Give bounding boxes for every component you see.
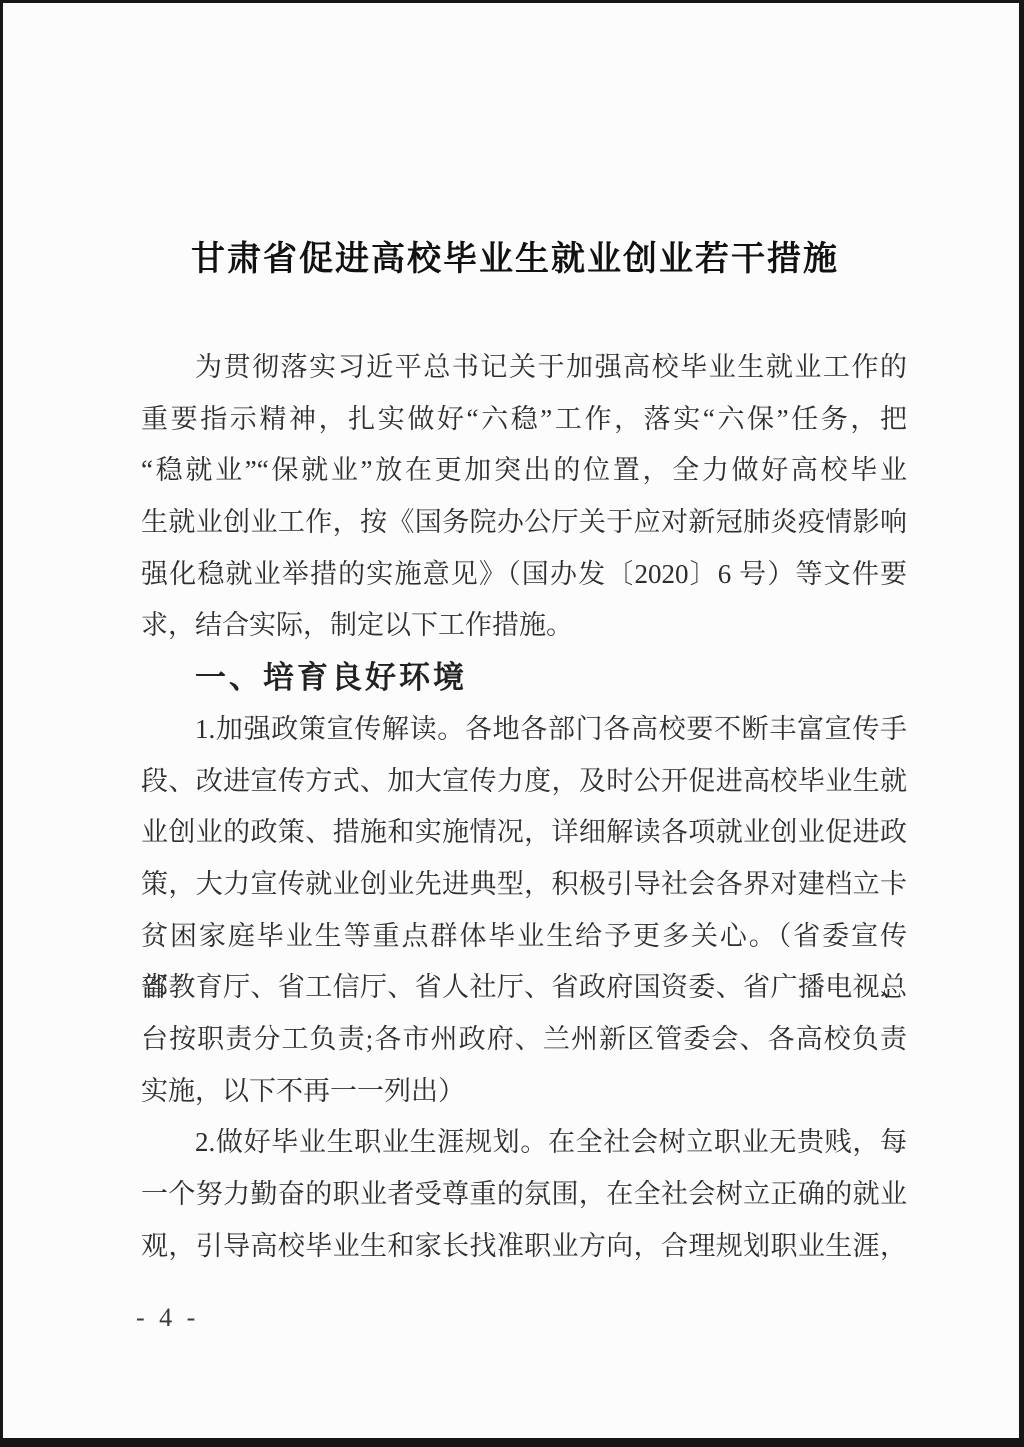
body-text-line: 观，引导高校毕业生和家长找准职业方向，合理规划职业生涯， (141, 1221, 907, 1273)
document-title: 甘肃省促进高校毕业生就业创业若干措施 (132, 231, 898, 280)
body-text-line: 为贯彻落实习近平总书记关于加强高校毕业生就业工作的 (141, 342, 907, 394)
scanned-document-background: { "colors": { "page_background": "#fcfcf… (0, 0, 1024, 1447)
body-text-line: 段、改进宣传方式、加大宣传力度，及时公开促进高校毕业生就 (141, 756, 907, 808)
body-text-line: 策，大力宣传就业创业先进典型，积极引导社会各界对建档立卡 (141, 859, 907, 911)
section-heading: 一、培育良好环境 (141, 652, 907, 704)
body-text-line: 生就业创业工作，按《国务院办公厅关于应对新冠肺炎疫情影响 (141, 497, 907, 549)
body-text-line: 实施，以下不再一一列出） (141, 1066, 907, 1118)
page-number: - 4 - (136, 1303, 226, 1333)
body-text-line: 2.做好毕业生职业生涯规划。在全社会树立职业无贵贱，每 (141, 1117, 907, 1169)
body-text-line: 重要指示精神，扎实做好“六稳”工作，落实“六保”任务，把 (141, 394, 907, 446)
body-text-line: 贫困家庭毕业生等重点群体毕业生给予更多关心。（省委宣传部、 (141, 911, 907, 963)
document-page: 甘肃省促进高校毕业生就业创业若干措施 为贯彻落实习近平总书记关于加强高校毕业生就… (0, 0, 1024, 1447)
body-text-line: 一个努力勤奋的职业者受尊重的氛围，在全社会树立正确的就业 (141, 1169, 907, 1221)
body-text-line: 业创业的政策、措施和实施情况，详细解读各项就业创业促进政 (141, 807, 907, 859)
body-text-line: 求，结合实际，制定以下工作措施。 (141, 600, 907, 652)
body-text-line: 强化稳就业举措的实施意见》（国办发〔2020〕6 号）等文件要 (141, 549, 907, 601)
body-text-line: “稳就业”“保就业”放在更加突出的位置，全力做好高校毕业 (141, 445, 907, 497)
body-text-line: 1.加强政策宣传解读。各地各部门各高校要不断丰富宣传手 (141, 704, 907, 756)
document-body: 为贯彻落实习近平总书记关于加强高校毕业生就业工作的重要指示精神，扎实做好“六稳”… (141, 342, 907, 1272)
body-text-line: 省教育厅、省工信厅、省人社厅、省政府国资委、省广播电视总 (141, 962, 907, 1014)
body-text-line: 台按职责分工负责;各市州政府、兰州新区管委会、各高校负责 (141, 1014, 907, 1066)
